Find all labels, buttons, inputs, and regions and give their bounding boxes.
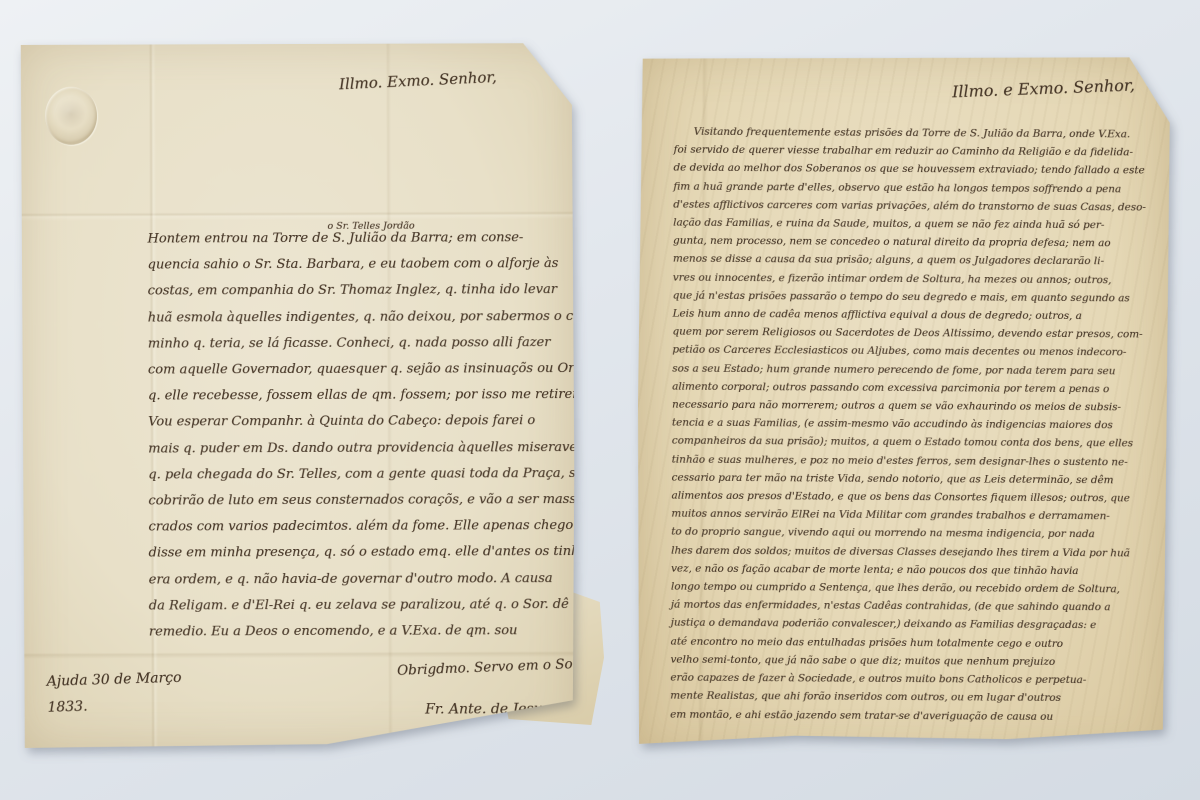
manuscript-body: Visitando frequentemente estas prisões d…: [670, 123, 1170, 727]
manuscript-line: com aquelle Governador, quaesquer q. sej…: [148, 356, 584, 384]
manuscript-line: mais q. puder em Ds. dando outra provide…: [148, 435, 584, 463]
interlinear-insert: o Sr. Telles Jordão: [327, 214, 414, 241]
manuscript-line: huã esmola àquelles indigentes, q. não d…: [148, 304, 584, 332]
manuscript-line: era ordem, e q. não havia-de governar d'…: [149, 566, 585, 594]
manuscript-line: cobrirão de luto em seus consternados co…: [148, 487, 584, 515]
manuscript-line: remedio. Eu a Deos o encomendo, e a V.Ex…: [149, 618, 585, 646]
place-date: Ajuda 30 de Março 1833.: [46, 665, 182, 721]
manuscript-line: q. elle recebesse, fossem ellas de qm. f…: [148, 382, 584, 410]
photograph-background: Illmo. Exmo. Senhor, o Sr. Telles Jordão…: [0, 0, 1200, 800]
right-letter-sheet: Illmo. e Exmo. Senhor, Visitando frequen…: [636, 54, 1170, 757]
manuscript-line: minho q. teria, se lá ficasse. Conheci, …: [148, 330, 584, 358]
manuscript-line: disse em minha presença, q. só o estado …: [149, 539, 585, 567]
place-date-line: Ajuda 30 de Março: [46, 665, 182, 695]
left-letter-sheet: Illmo. Exmo. Senhor, o Sr. Telles Jordão…: [21, 43, 575, 748]
salutation: Illmo. e Exmo. Senhor,: [952, 75, 1135, 101]
year-line: 1833.: [47, 691, 183, 721]
manuscript-line: crados com varios padecimtos. além da fo…: [148, 513, 584, 541]
embossed-seal: [45, 87, 97, 145]
closing-line: Obrigdmo. Servo em o Sor: [397, 656, 580, 679]
manuscript-line: Vou esperar Companhr. à Quinta do Cabeço…: [148, 408, 584, 436]
manuscript-line: mente Realistas, que ahi forão inseridos…: [670, 687, 1166, 708]
manuscript-line: q. pela chegada do Sr. Telles, com a gen…: [148, 461, 584, 489]
manuscript-line: costas, em companhia do Sr. Thomaz Ingle…: [148, 277, 584, 305]
salutation: Illmo. Exmo. Senhor,: [339, 68, 497, 93]
manuscript-line: quencia sahio o Sr. Sta. Barbara, e eu t…: [148, 251, 584, 279]
manuscript-line: da Religam. e d'El-Rei q. eu zelava se p…: [149, 592, 585, 620]
manuscript-body: o Sr. Telles Jordão Hontem entrou na Tor…: [147, 225, 584, 646]
manuscript-line: em montão, e ahi estão jazendo sem trata…: [670, 705, 1166, 726]
signature: Fr. Ante. de Jesus.: [425, 701, 554, 717]
